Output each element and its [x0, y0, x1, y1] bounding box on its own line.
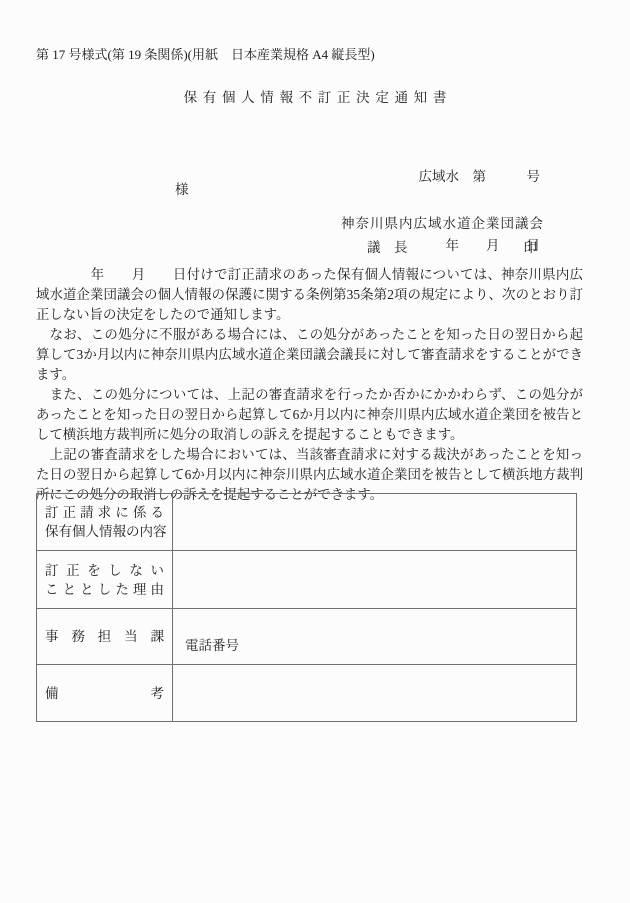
- recipient-honorific: 様: [175, 182, 189, 197]
- label-line: こととした理由: [45, 580, 164, 599]
- doc-number-line: 広域水 第 号: [419, 165, 541, 188]
- recipient-name-blank: [36, 184, 175, 198]
- table-row-office: 事務担当課 電話番号: [37, 609, 577, 665]
- value-cell-remarks: [173, 665, 577, 722]
- label-line: 保有個人情報の内容: [45, 522, 164, 541]
- seal-mark: 印: [524, 236, 538, 256]
- table-row-remarks: 備考: [37, 665, 577, 722]
- label-line: 訂正をしない: [45, 561, 164, 580]
- table-row-reason: 訂正をしない こととした理由: [37, 551, 577, 609]
- label-line: 事務担当課: [45, 627, 164, 646]
- details-table: 訂正請求に係る 保有個人情報の内容 訂正をしない こととした理由 事務担当課 電…: [36, 493, 577, 722]
- sender-title: 議 長: [367, 236, 408, 256]
- recipient-line: 様: [36, 178, 189, 198]
- value-cell-info-content: [173, 494, 577, 551]
- paragraph-notification: 年 月 日付けで訂正請求のあった保有個人情報については、神奈川県内広域水道企業団…: [36, 265, 583, 325]
- sender-organization: 神奈川県内広域水道企業団議会: [341, 212, 544, 232]
- label-line: 備考: [45, 684, 164, 703]
- value-cell-office-phone: 電話番号: [173, 609, 577, 665]
- paragraph-lawsuit: また、この処分については、上記の審査請求を行ったか否かにかかわらず、この処分があ…: [36, 385, 583, 445]
- label-cell-info-content: 訂正請求に係る 保有個人情報の内容: [37, 494, 173, 551]
- label-cell-office: 事務担当課: [37, 609, 173, 665]
- label-line: 訂正請求に係る: [45, 503, 164, 522]
- document-title: 保有個人情報不訂正決定通知書: [0, 86, 630, 106]
- paragraph-review-request: なお、この処分に不服がある場合には、この処分があったことを知った日の翌日から起算…: [36, 325, 583, 385]
- label-cell-remarks: 備考: [37, 665, 173, 722]
- document-page: 第 17 号様式(第 19 条関係)(用紙 日本産業規格 A4 縦長型) 保有個…: [0, 0, 630, 903]
- sender-title-line: 議 長 印: [367, 236, 537, 256]
- value-cell-reason: [173, 551, 577, 609]
- form-number-line: 第 17 号様式(第 19 条関係)(用紙 日本産業規格 A4 縦長型): [36, 44, 375, 63]
- notice-body: 年 月 日付けで訂正請求のあった保有個人情報については、神奈川県内広域水道企業団…: [36, 265, 583, 505]
- label-cell-reason: 訂正をしない こととした理由: [37, 551, 173, 609]
- table-row-info-content: 訂正請求に係る 保有個人情報の内容: [37, 494, 577, 551]
